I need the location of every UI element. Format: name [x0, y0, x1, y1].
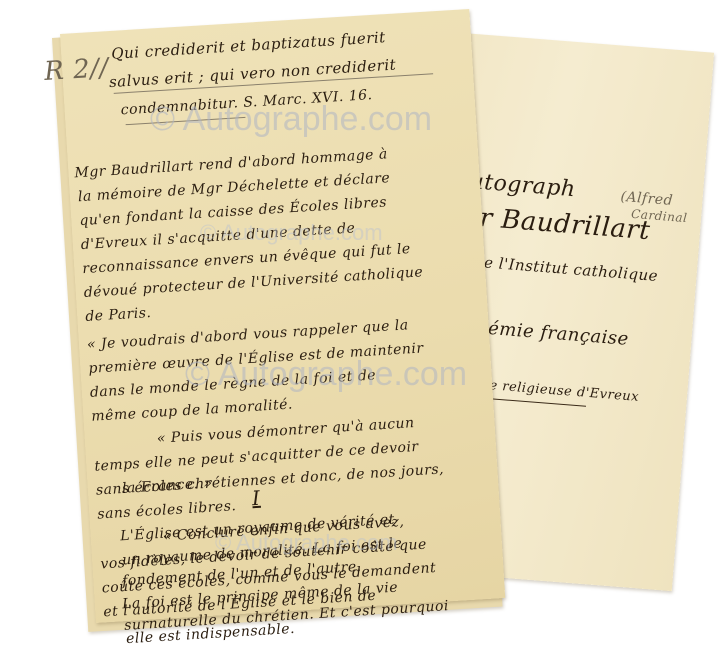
body-line-11: même coup de la moralité.: [91, 396, 293, 424]
back-line-alfred: (Alfred: [620, 189, 674, 209]
epigraph-line-2: salvus erit ; qui vero non crediderit: [108, 56, 396, 92]
body-line-7: de Paris.: [85, 305, 152, 325]
body-line-15: sans écoles libres.: [97, 498, 237, 522]
margin-mark: R 2//: [43, 53, 109, 87]
section-numeral: I: [251, 486, 261, 510]
epigraph-line-3: condemnabitur. S. Marc. XVI. 16.: [120, 87, 373, 118]
epigraph-pencil-rule-2: [126, 117, 246, 125]
